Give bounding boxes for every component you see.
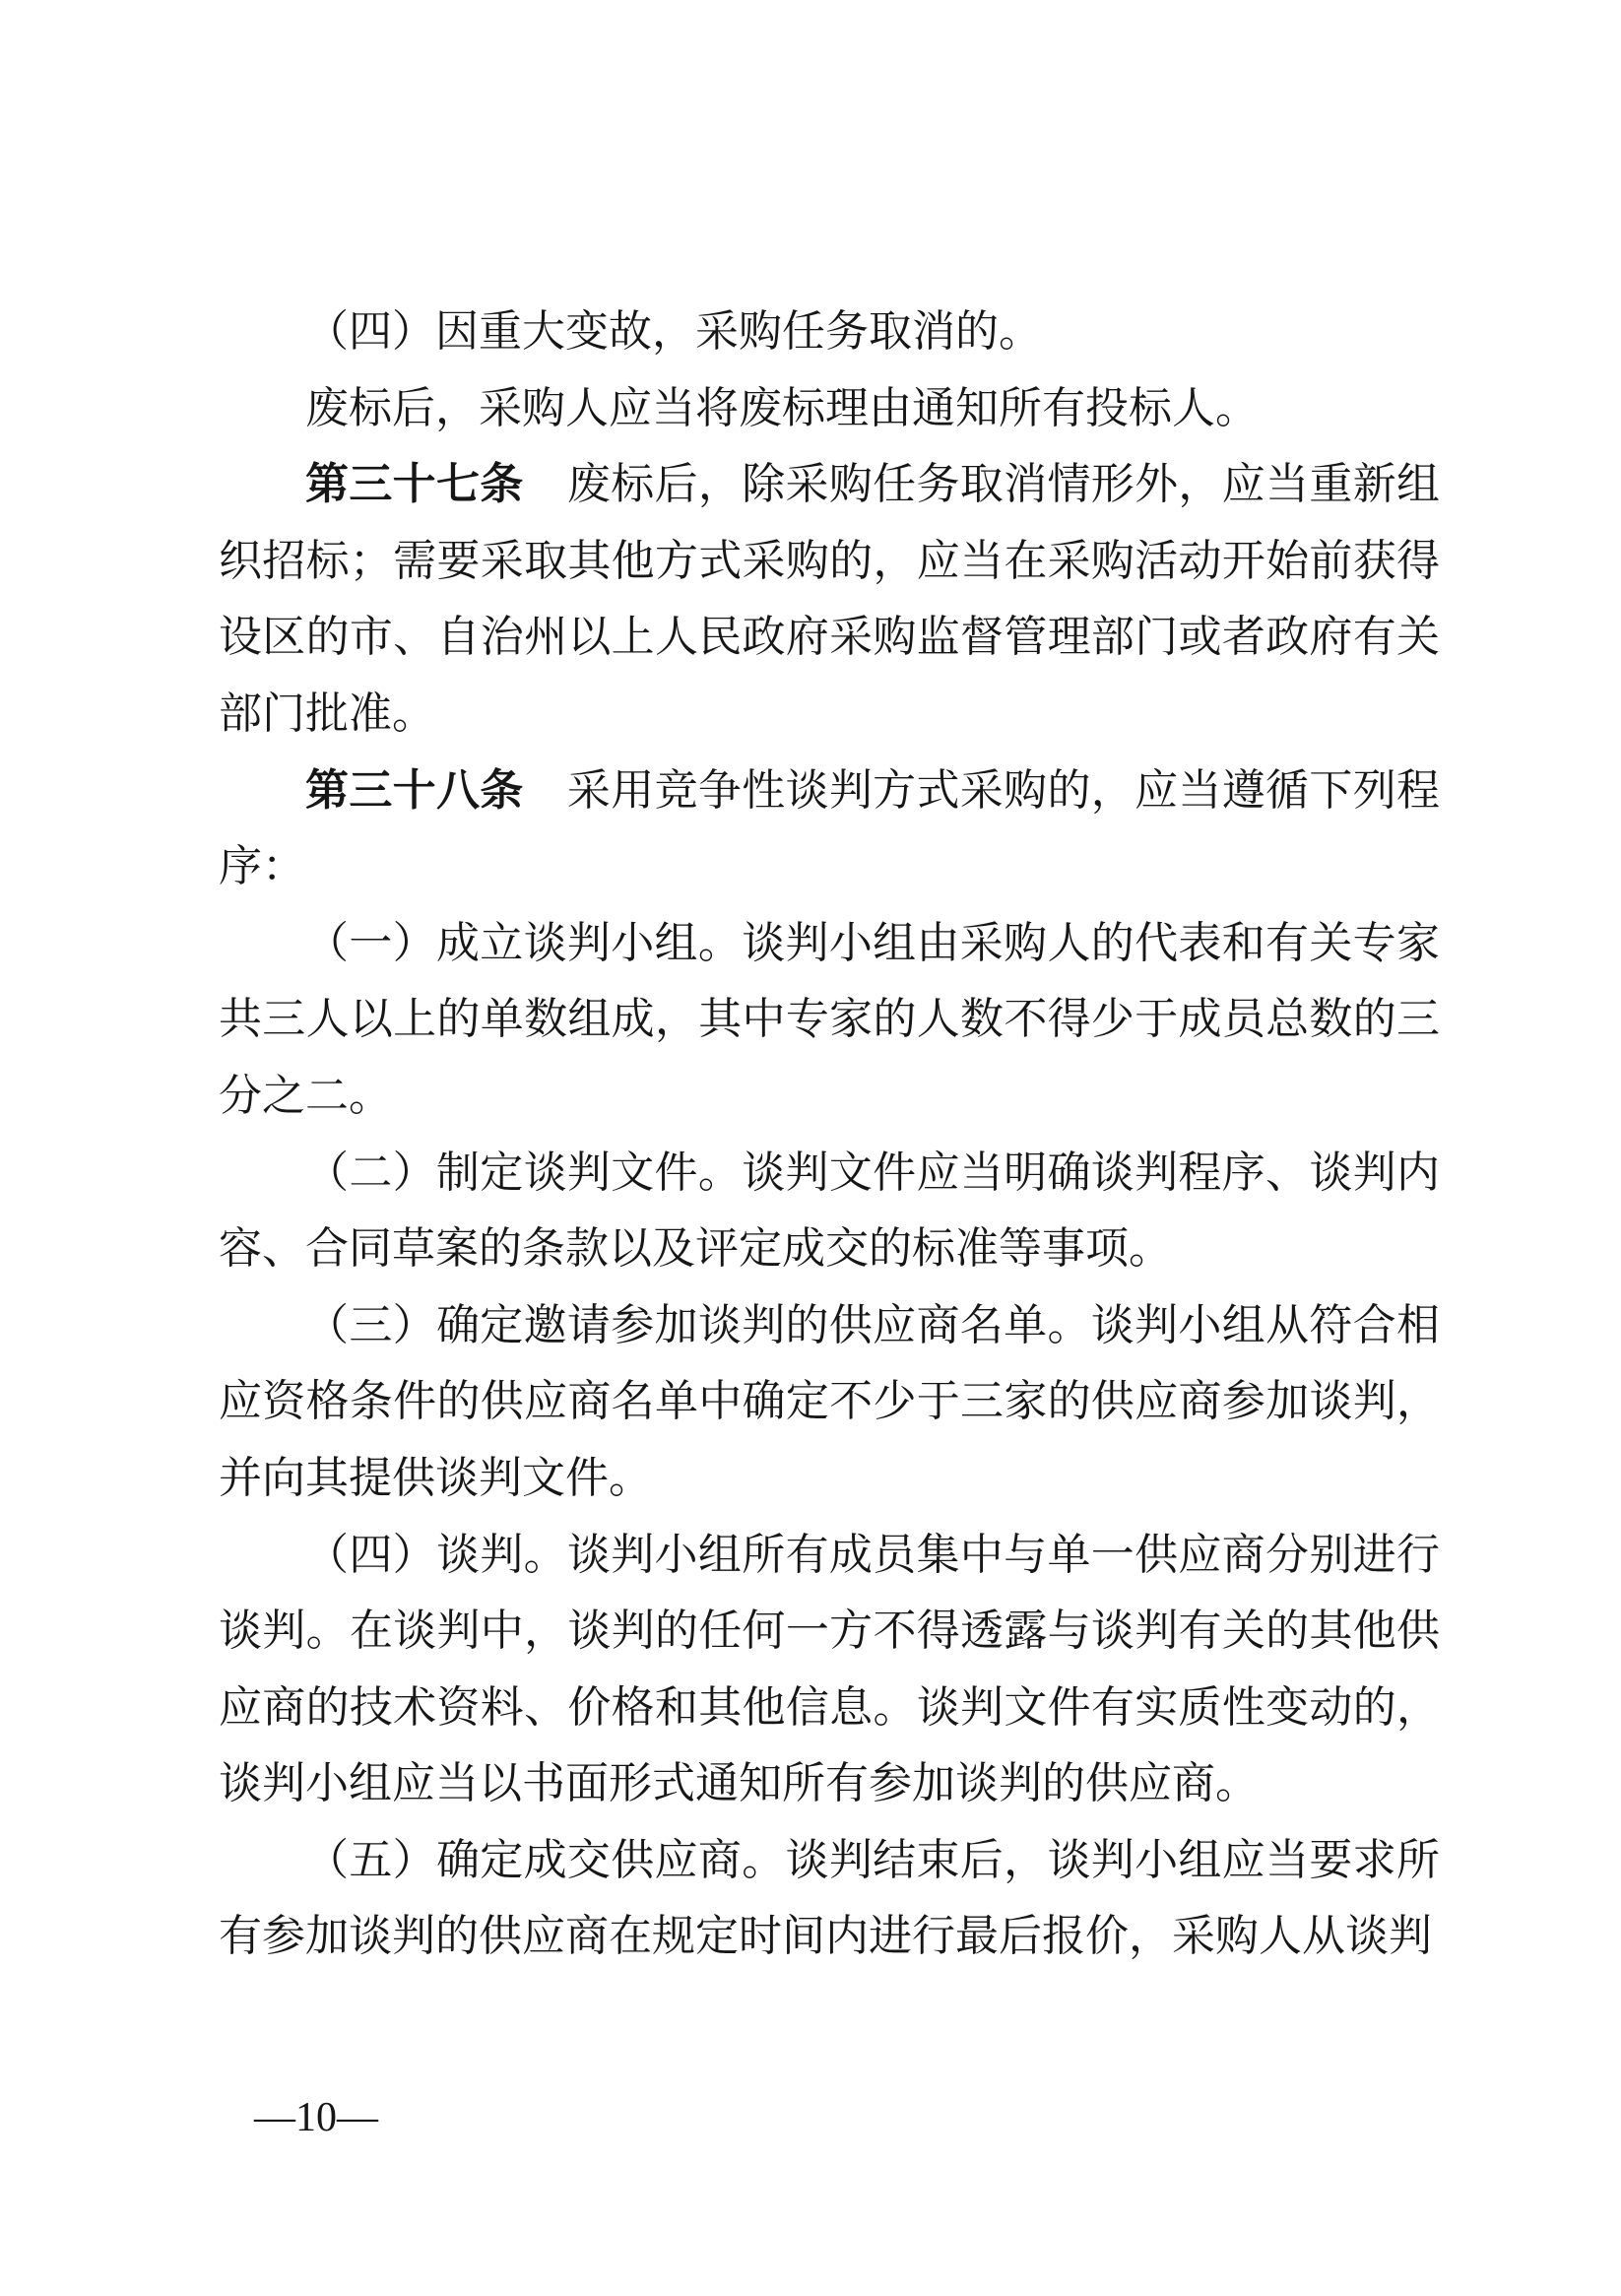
paragraph-step-4-negotiation: （四）谈判。谈判小组所有成员集中与单一供应商分别进行谈判。在谈判中，谈判的任何一…	[219, 1517, 1440, 1822]
paragraph-list-item-4-cancellation: （四）因重大变故，采购任务取消的。	[219, 294, 1440, 370]
body-text-block: （四）因重大变故，采购任务取消的。 废标后，采购人应当将废标理由通知所有投标人。…	[219, 294, 1440, 1975]
paragraph-step-2-negotiation-documents: （二）制定谈判文件。谈判文件应当明确谈判程序、谈判内容、合同草案的条款以及评定成…	[219, 1135, 1440, 1287]
paragraph-article-37: 第三十七条 废标后，除采购任务取消情形外，应当重新组织招标；需要采取其他方式采购…	[219, 446, 1440, 752]
paragraph-text: （一）成立谈判小组。谈判小组由采购人的代表和有关专家共三人以上的单数组成，其中专…	[219, 919, 1440, 1120]
paragraph-text: 废标后，采购人应当将废标理由通知所有投标人。	[305, 384, 1259, 432]
paragraph-bid-cancellation-notice: 废标后，采购人应当将废标理由通知所有投标人。	[219, 370, 1440, 447]
document-page: （四）因重大变故，采购任务取消的。 废标后，采购人应当将废标理由通知所有投标人。…	[0, 0, 1621, 2296]
paragraph-step-5-winning-supplier: （五）确定成交供应商。谈判结束后，谈判小组应当要求所有参加谈判的供应商在规定时间…	[219, 1822, 1440, 1975]
paragraph-text: （四）因重大变故，采购任务取消的。	[305, 307, 1042, 356]
paragraph-text: （三）确定邀请参加谈判的供应商名单。谈判小组从符合相应资格条件的供应商名单中确定…	[219, 1301, 1440, 1502]
page-number: —10—	[254, 2094, 378, 2141]
paragraph-step-3-supplier-list: （三）确定邀请参加谈判的供应商名单。谈判小组从符合相应资格条件的供应商名单中确定…	[219, 1287, 1440, 1517]
paragraph-text: （五）确定成交供应商。谈判结束后，谈判小组应当要求所有参加谈判的供应商在规定时间…	[219, 1836, 1440, 1961]
paragraph-article-38: 第三十八条 采用竞争性谈判方式采购的，应当遵循下列程序：	[219, 753, 1440, 905]
paragraph-step-1-negotiation-team: （一）成立谈判小组。谈判小组由采购人的代表和有关专家共三人以上的单数组成，其中专…	[219, 905, 1440, 1135]
article-37-number: 第三十七条	[305, 460, 524, 508]
paragraph-text: （二）制定谈判文件。谈判文件应当明确谈判程序、谈判内容、合同草案的条款以及评定成…	[219, 1148, 1440, 1274]
paragraph-text: （四）谈判。谈判小组所有成员集中与单一供应商分别进行谈判。在谈判中，谈判的任何一…	[219, 1531, 1440, 1808]
article-38-number: 第三十八条	[305, 766, 524, 815]
